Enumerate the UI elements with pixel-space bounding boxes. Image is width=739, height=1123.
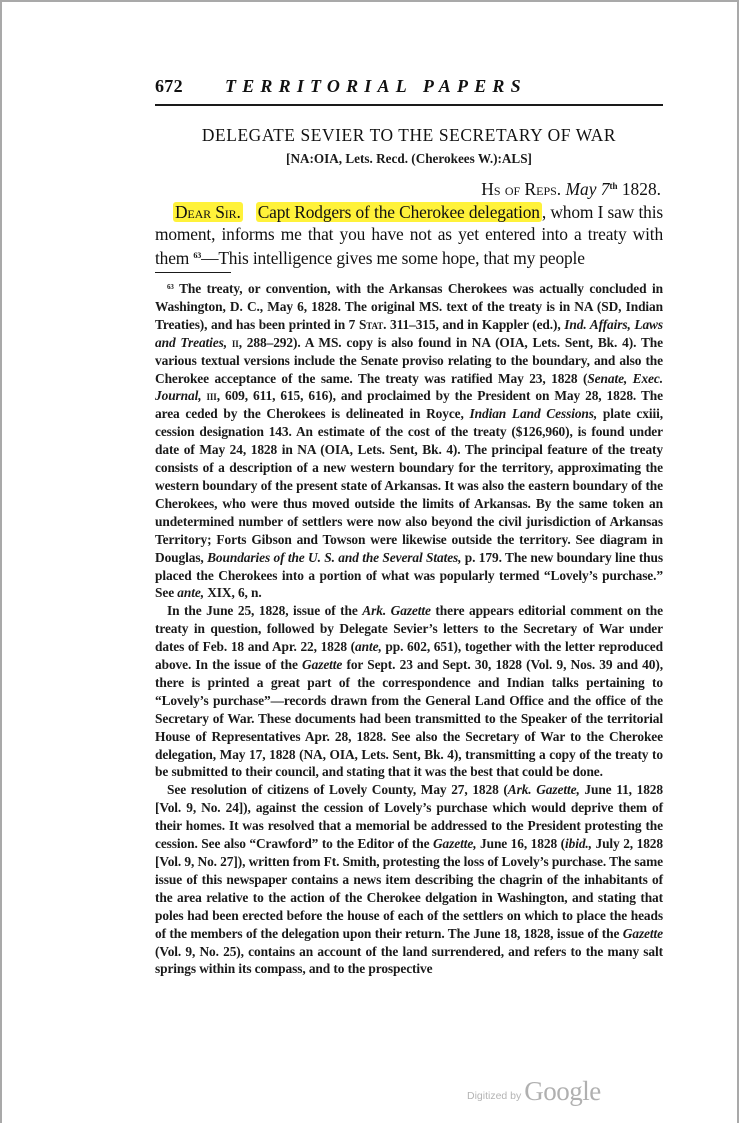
footnote-text: 311–315, and in Kappler (ed.), xyxy=(386,317,564,332)
dateline-day-suffix: th xyxy=(609,181,617,191)
footnote-text: iii xyxy=(207,388,217,403)
book-page: 672 TERRITORIAL PAPERS DELEGATE SEVIER T… xyxy=(155,76,663,978)
highlighted-phrase[interactable]: Capt Rodgers of the Cherokee delegation xyxy=(256,202,542,222)
dateline-year: 1828. xyxy=(622,179,661,199)
running-head: 672 TERRITORIAL PAPERS xyxy=(155,76,663,106)
watermark-prefix: Digitized by xyxy=(467,1090,521,1102)
footnote-text: June 16, 1828 ( xyxy=(476,836,565,851)
footnote-paragraph: See resolution of citizens of Lovely Cou… xyxy=(155,781,663,978)
running-title: TERRITORIAL PAPERS xyxy=(225,76,527,97)
letter-body: Dear Sir. Capt Rodgers of the Cherokee d… xyxy=(155,201,663,269)
footnote-text: Gazette xyxy=(302,657,342,672)
dateline: Hs of Reps. May 7th 1828. xyxy=(155,175,663,200)
footnote-text: (Vol. 9, No. 25), contains an account of… xyxy=(155,944,663,977)
footnote-text: In the June 25, 1828, issue of the xyxy=(167,603,362,618)
footnote-text: ii xyxy=(232,335,239,350)
footnote-text: Stat. xyxy=(359,317,386,332)
footnotes: 63 The treaty, or convention, with the A… xyxy=(155,279,663,978)
footnote-text: Gazette, xyxy=(433,836,476,851)
footnote-divider xyxy=(155,272,231,273)
google-logo: Google xyxy=(524,1076,600,1106)
dateline-month-day: May 7 xyxy=(566,179,610,199)
letter-text-continued: —This intelligence gives me some hope, t… xyxy=(201,248,585,268)
letter-paragraph: Dear Sir. Capt Rodgers of the Cherokee d… xyxy=(155,201,663,269)
footnote-text: July 2, 1828 [Vol. 9, No. 27]), written … xyxy=(155,836,663,941)
page-number: 672 xyxy=(155,76,183,97)
footnote-reference[interactable]: 63 xyxy=(193,251,201,260)
footnote-text: Indian Land Cessions, xyxy=(470,406,598,421)
footnote-text: Ark. Gazette, xyxy=(508,782,580,797)
footnote-text: for Sept. 23 and Sept. 30, 1828 (Vol. 9,… xyxy=(155,657,663,779)
footnote-text: XIX, 6, n. xyxy=(204,585,262,600)
footnote-text: ante, xyxy=(177,585,204,600)
footnote-paragraph: In the June 25, 1828, issue of the Ark. … xyxy=(155,602,663,781)
footnote-text: ibid., xyxy=(565,836,592,851)
footnote-marker: 63 xyxy=(167,283,174,291)
document-source-citation: [NA:OIA, Lets. Recd. (Cherokees W.):ALS] xyxy=(155,149,663,168)
footnote-text: Ark. Gazette xyxy=(362,603,431,618)
footnote-paragraph: 63 The treaty, or convention, with the A… xyxy=(155,279,663,602)
digitized-by-watermark: Digitized byGoogle xyxy=(467,1076,601,1107)
document-title: DELEGATE SEVIER TO THE SECRETARY OF WAR xyxy=(155,124,663,146)
footnote-text: See resolution of citizens of Lovely Cou… xyxy=(167,782,508,797)
footnote-text: ante, xyxy=(355,639,382,654)
footnote-text: plate cxiii, cession designation 143. An… xyxy=(155,406,663,564)
dateline-place: Hs of Reps. xyxy=(481,179,561,199)
footnote-text: Gazette xyxy=(623,926,663,941)
salutation-highlighted[interactable]: Dear Sir. xyxy=(173,202,243,222)
footnote-text: Boundaries of the U. S. and the Several … xyxy=(207,550,461,565)
